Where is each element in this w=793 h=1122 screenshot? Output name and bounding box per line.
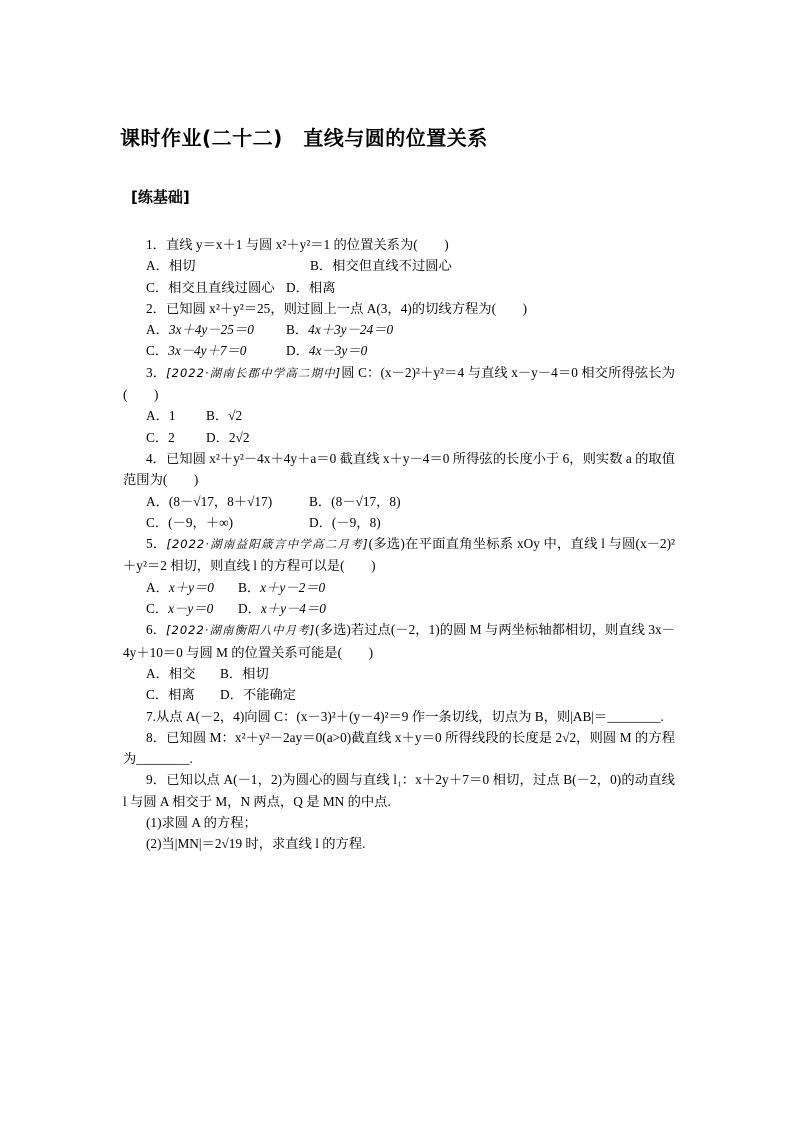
question-2-stem: 2．已知圆 x²＋y²＝25，则过圆上一点 A(3，4)的切线方程为( ) bbox=[123, 298, 675, 319]
option-b: B．相切 bbox=[220, 663, 269, 684]
option-c: C．相交且直线过圆心 bbox=[146, 277, 286, 298]
option-a: A．1 bbox=[146, 405, 206, 426]
question-source: [2022·湖南益阳箴言中学高二月考] bbox=[166, 537, 368, 551]
question-1-stem: 1．直线 y＝x＋1 与圆 x²＋y²＝1 的位置关系为( ) bbox=[123, 234, 675, 255]
question-5-options: A．x＋y＝0 B．x＋y－2＝0 bbox=[123, 577, 675, 598]
option-a: A．3x＋4y－25＝0 bbox=[146, 319, 286, 340]
option-a: A．(8－√17，8＋√17) bbox=[146, 491, 309, 512]
option-c: C．(－9，＋∞) bbox=[146, 512, 309, 533]
question-5-options-2: C．x－y＝0 D．x＋y－4＝0 bbox=[123, 598, 675, 619]
question-4-options: A．(8－√17，8＋√17) B．(8－√17，8) bbox=[123, 491, 675, 512]
question-7-stem: 7.从点 A(－2，4)向圆 C：(x－3)²＋(y－4)²＝9 作一条切线，切… bbox=[123, 706, 675, 727]
option-d: D．不能确定 bbox=[220, 684, 296, 705]
question-9-stem: 9．已知以点 A(－1，2)为圆心的圆与直线 l₁：x＋2y＋7＝0 相切，过点… bbox=[123, 769, 675, 812]
option-c: C．相离 bbox=[146, 684, 220, 705]
question-6-stem: 6．[2022·湖南衡阳八中月考](多选)若过点(－2，1)的圆 M 与两坐标轴… bbox=[123, 619, 675, 663]
question-1-options: A．相切 B．相交但直线不过圆心 bbox=[123, 255, 675, 276]
page-title: 课时作业(二十二) 直线与圆的位置关系 bbox=[120, 122, 488, 151]
question-4-stem: 4．已知圆 x²＋y²－4x＋4y＋a＝0 截直线 x＋y－4＝0 所得弦的长度… bbox=[123, 448, 675, 491]
option-b: B．相交但直线不过圆心 bbox=[310, 255, 452, 276]
question-source: [2022·湖南衡阳八中月考] bbox=[166, 623, 315, 637]
question-2-options-2: C．3x－4y＋7＝0 D．4x－3y＝0 bbox=[123, 340, 675, 361]
option-d: D．(－9，8) bbox=[309, 512, 381, 533]
option-d: D．4x－3y＝0 bbox=[286, 340, 367, 361]
option-d: D．x＋y－4＝0 bbox=[238, 598, 326, 619]
option-d: D．相离 bbox=[286, 277, 336, 298]
option-c: C．x－y＝0 bbox=[146, 598, 238, 619]
question-6-options: A．相交 B．相切 bbox=[123, 663, 675, 684]
question-source: [2022·湖南长郡中学高二期中] bbox=[166, 366, 341, 380]
question-4-options-2: C．(－9，＋∞) D．(－9，8) bbox=[123, 512, 675, 533]
option-b: B．x＋y－2＝0 bbox=[238, 577, 325, 598]
question-6-options-2: C．相离 D．不能确定 bbox=[123, 684, 675, 705]
question-8-stem: 8．已知圆 M：x²＋y²－2ay＝0(a>0)截直线 x＋y＝0 所得线段的长… bbox=[123, 727, 675, 770]
question-2-options: A．3x＋4y－25＝0 B．4x＋3y－24＝0 bbox=[123, 319, 675, 340]
option-c: C．3x－4y＋7＝0 bbox=[146, 340, 286, 361]
question-3-options: A．1 B．√2 bbox=[123, 405, 675, 426]
option-b: B．4x＋3y－24＝0 bbox=[286, 319, 393, 340]
question-9-part-2: (2)当|MN|＝2√19 时，求直线 l 的方程. bbox=[123, 833, 675, 854]
option-d: D．2√2 bbox=[206, 427, 250, 448]
option-a: A．相切 bbox=[146, 255, 310, 276]
option-b: B．√2 bbox=[206, 405, 242, 426]
question-list: 1．直线 y＝x＋1 与圆 x²＋y²＝1 的位置关系为( ) A．相切 B．相… bbox=[123, 234, 675, 855]
section-title: [练基础] bbox=[131, 186, 190, 207]
question-5-stem: 5．[2022·湖南益阳箴言中学高二月考](多选)在平面直角坐标系 xOy 中，… bbox=[123, 533, 675, 577]
question-3-stem: 3．[2022·湖南长郡中学高二期中]圆 C：(x－2)²＋y²＝4 与直线 x… bbox=[123, 362, 675, 406]
question-1-options-2: C．相交且直线过圆心 D．相离 bbox=[123, 277, 675, 298]
option-a: A．x＋y＝0 bbox=[146, 577, 238, 598]
question-9-part-1: (1)求圆 A 的方程； bbox=[123, 812, 675, 833]
question-3-options-2: C．2 D．2√2 bbox=[123, 427, 675, 448]
option-c: C．2 bbox=[146, 427, 206, 448]
option-b: B．(8－√17，8) bbox=[309, 491, 401, 512]
option-a: A．相交 bbox=[146, 663, 220, 684]
